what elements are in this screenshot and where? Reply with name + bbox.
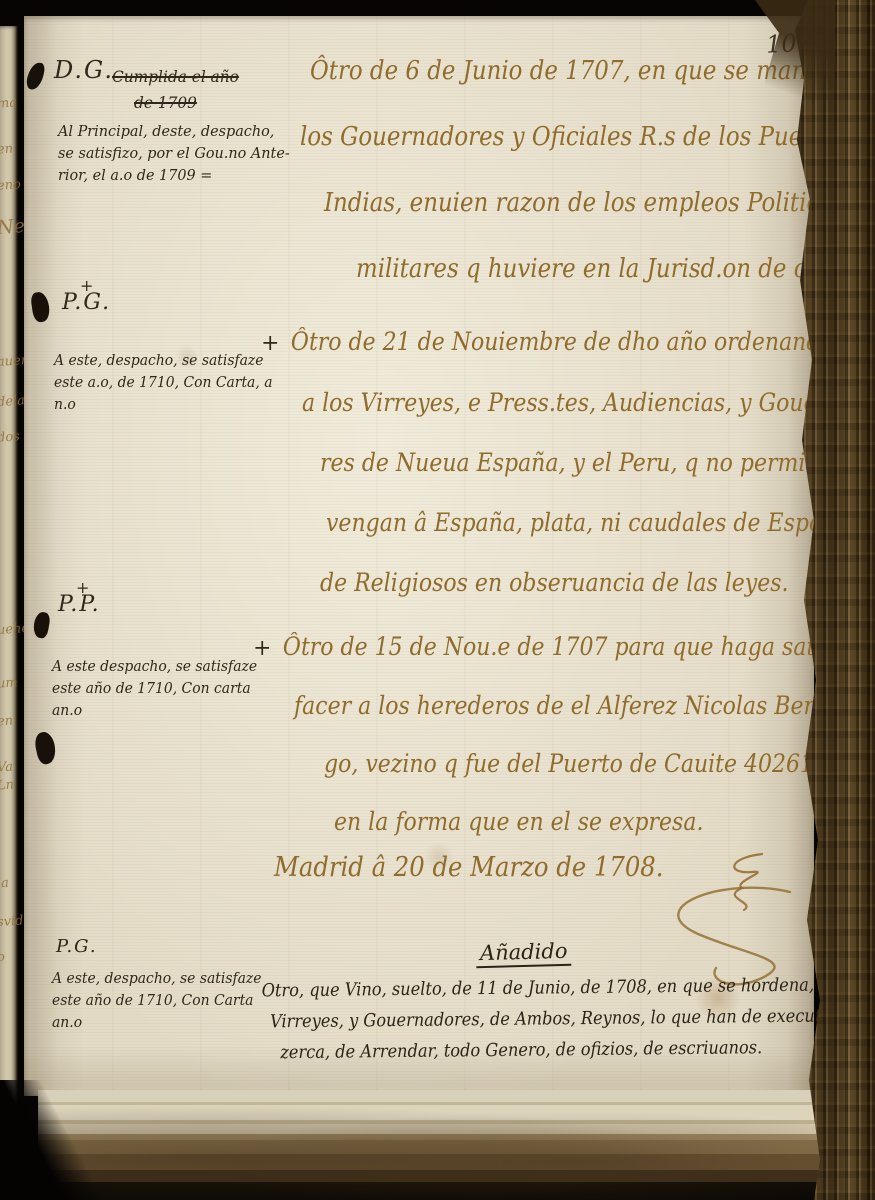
edge-fragment: dos <box>0 429 20 446</box>
edge-fragment: la <box>0 876 9 892</box>
cross-mark: + <box>253 619 271 677</box>
margin-note-line: n.o <box>54 394 275 416</box>
anadido-heading: Añadido <box>476 939 572 968</box>
ink-blot <box>25 61 46 92</box>
ink-blot <box>30 291 51 323</box>
added-entry: Otro, que Vino, suelto, de 11 de Junio, … <box>254 968 875 1068</box>
edge-fragment: o <box>0 950 5 966</box>
cross-mark: + <box>261 313 279 373</box>
edge-fragment: Ln <box>0 777 15 793</box>
manuscript-entry: +Ôtro de 21 de Nouiembre de dho año orde… <box>262 312 875 613</box>
cross-mark: + <box>76 578 89 597</box>
margin-note-line: A este, despacho, se satisfaze <box>52 968 273 990</box>
margin-note-line: an.o <box>52 700 273 722</box>
margin-note-line: an.o <box>52 1012 273 1034</box>
edge-fragment: ma <box>0 95 18 111</box>
margin-note-line: este año de 1710, Con Carta <box>52 990 273 1012</box>
ink-blot <box>32 611 51 639</box>
margin-note-line: rior, el a.o de 1709 = <box>58 164 279 186</box>
edge-fragment: en <box>0 713 14 729</box>
margin-note-line: Al Principal, deste, despacho, <box>58 120 279 142</box>
manuscript-line: zerca, de Arrendar, todo Genero, de ofiz… <box>280 1031 860 1068</box>
manuscript-line: Indias, enuien razon de los empleos Poli… <box>324 170 875 236</box>
dateline: Madrid â 20 de Marzo de 1708. <box>274 852 663 883</box>
manuscript-photo: ma en eno Ne auer delas dos uehe um en V… <box>0 0 875 1200</box>
struck-annotation: Cumplida el año de 1709 <box>112 64 244 116</box>
manuscript-line: go, vezino q fue del Puerto de Cauite 40… <box>324 735 853 793</box>
edge-fragment: en <box>0 141 14 157</box>
ink-blot <box>33 730 58 765</box>
margin-note: D.G. Cumplida el año de 1709 Al Principa… <box>54 56 114 84</box>
line-text: Ôtro de 15 de Nou.e de 1707 para que hag… <box>283 632 841 661</box>
cross-mark: + <box>80 276 93 295</box>
margin-note-initials: P.G. <box>56 936 98 957</box>
shadow-corner <box>0 1080 110 1200</box>
edge-fragment: Va <box>0 759 13 775</box>
margin-note-text: A este despacho, se satisfaze este año d… <box>52 656 282 722</box>
manuscript-line: facer a los herederos de el Alferez Nico… <box>294 677 850 735</box>
margin-note-text: Al Principal, deste, despacho, se satisf… <box>58 120 288 186</box>
margin-note-line: este año de 1710, Con carta <box>52 678 273 700</box>
manuscript-line: res de Nueua España, y el Peru, q no per… <box>320 433 875 493</box>
book-bottom-edge <box>38 1090 875 1200</box>
manuscript-line: +Ôtro de 21 de Nouiembre de dho año orde… <box>262 312 875 373</box>
edge-fragment: um <box>0 675 18 691</box>
margin-note-line: A este, despacho, se satisfaze <box>54 350 275 372</box>
margin-note-line: se satisfizo, por el Gou.no Ante- <box>58 142 279 164</box>
margin-note-text: A este, despacho, se satisfaze este año … <box>52 968 282 1034</box>
manuscript-line: en la forma que en el se expresa. <box>334 793 855 851</box>
edge-fragment: Ne <box>0 215 26 239</box>
margin-note: + P.P. A este despacho, se satisfaze est… <box>50 580 101 617</box>
struck-line: de 1709 <box>134 90 240 116</box>
line-text: Ôtro de 21 de Nouiembre de dho año orden… <box>291 327 865 356</box>
margin-note-text: A este, despacho, se satisfaze este a.o,… <box>54 350 284 416</box>
previous-page-edge: ma en eno Ne auer delas dos uehe um en V… <box>0 26 18 1134</box>
edge-fragment: eno <box>0 177 21 194</box>
manuscript-entry: +Ôtro de 15 de Nou.e de 1707 para que ha… <box>254 618 875 851</box>
margin-note-initials: D.G. <box>54 56 114 84</box>
margin-note: + P.G. A este, despacho, se satisfaze es… <box>52 284 111 315</box>
margin-note: P.G. A este, despacho, se satisfaze este… <box>52 936 98 957</box>
manuscript-line: de Religiosos en obseruancia de las leye… <box>320 553 875 613</box>
manuscript-line: vengan â España, plata, ni caudales de E… <box>326 493 875 553</box>
manuscript-line: +Ôtro de 15 de Nou.e de 1707 para que ha… <box>254 618 845 677</box>
manuscript-page: 10 D.G. Cumplida el año de 1709 Al Princ… <box>24 16 814 1096</box>
struck-line: Cumplida el año <box>112 64 239 90</box>
margin-note-line: A este despacho, se satisfaze <box>52 656 273 678</box>
manuscript-line: a los Virreyes, e Press.tes, Audiencias,… <box>302 373 875 433</box>
manuscript-line: militares q huviere en la Jurisd.on de c… <box>356 236 875 302</box>
margin-note-line: este a.o, de 1710, Con Carta, a <box>54 372 275 394</box>
